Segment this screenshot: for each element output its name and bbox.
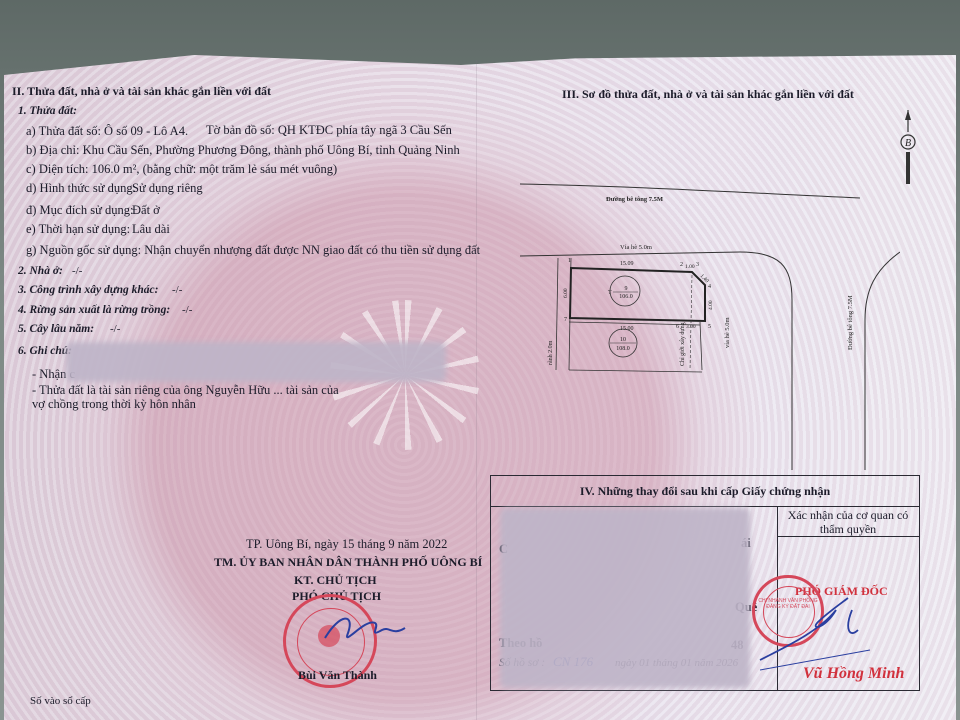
svg-text:3.00: 3.00 <box>686 324 696 330</box>
parcel-number: a) Thửa đất số: Ô số 09 - Lô A4. <box>26 124 188 139</box>
note-line-3: vợ chồng trong thời kỳ hôn nhân <box>32 397 196 412</box>
house-value: -/- <box>72 264 82 279</box>
note-line-2: - Thửa đất là tài sản riêng của ông Nguy… <box>32 383 339 398</box>
svg-text:108.0: 108.0 <box>616 346 630 352</box>
svg-text:2: 2 <box>680 262 683 268</box>
usage-origin: g) Nguồn gốc sử dụng: Nhận chuyển nhượng… <box>26 243 480 258</box>
svg-text:7: 7 <box>564 317 567 323</box>
svg-text:1: 1 <box>568 258 571 264</box>
city-signer-name: Bùi Văn Thành <box>298 668 377 683</box>
subsection-parcel: 1. Thửa đất: <box>18 104 77 119</box>
changes-table-title: IV. Những thay đổi sau khi cấp Giấy chứn… <box>491 476 919 507</box>
svg-text:4: 4 <box>708 284 711 290</box>
registry-number-label: Số vào sổ cấp <box>30 694 91 709</box>
svg-text:15.09: 15.09 <box>620 261 634 267</box>
other-construction-value: -/- <box>172 283 182 298</box>
svg-text:10: 10 <box>620 337 626 343</box>
notes-label: 6. Ghi chú: <box>18 344 72 359</box>
section-2-title: II. Thửa đất, nhà ở và tài sản khác gắn … <box>12 84 271 99</box>
parcel-address: b) Địa chỉ: Khu Cầu Sến, Phường Phương Đ… <box>26 143 460 158</box>
perennial-value: -/- <box>110 322 120 337</box>
confirm-header: Xác nhận của cơ quan có thẩm quyền <box>777 508 919 536</box>
issuing-org: TM. ỦY BAN NHÂN DÂN THÀNH PHỐ UÔNG BÍ <box>214 555 482 570</box>
svg-text:Vỉa hè 5.0m: Vỉa hè 5.0m <box>620 244 652 251</box>
office-signature <box>740 590 880 680</box>
usage-purpose-value: Đất ở <box>132 203 160 218</box>
svg-text:15.00: 15.00 <box>620 326 634 332</box>
north-arrow-icon: B <box>898 110 918 190</box>
usage-term-value: Lâu dài <box>132 222 170 237</box>
issuer-kt: KT. CHỦ TỊCH <box>294 573 377 588</box>
usage-form-label: d) Hình thức sử dụng: <box>26 181 136 196</box>
svg-text:4.00: 4.00 <box>708 300 714 310</box>
svg-text:rãnh 2.0m: rãnh 2.0m <box>548 340 554 365</box>
usage-purpose-label: đ) Mục đích sử dụng: <box>26 203 133 218</box>
svg-text:Đường bê tông 7.5M: Đường bê tông 7.5M <box>606 196 663 203</box>
redacted-note <box>66 342 446 382</box>
svg-text:vỉa hè 5.0m: vỉa hè 5.0m <box>724 317 731 348</box>
other-construction-label: 3. Công trình xây dựng khác: <box>18 283 158 298</box>
svg-text:9: 9 <box>625 286 628 292</box>
north-label: B <box>905 138 911 149</box>
map-sheet: Tờ bản đồ số: QH KTĐC phía tây ngã 3 Cầu… <box>206 123 452 138</box>
section-3-title: III. Sơ đồ thửa đất, nhà ở và tài sản kh… <box>562 87 854 102</box>
city-signature <box>320 608 410 648</box>
forest-label: 4. Rừng sản xuất là rừng trồng: <box>18 303 170 318</box>
svg-text:3: 3 <box>696 262 699 268</box>
usage-form-value: Sử dụng riêng <box>132 181 203 196</box>
svg-text:1.00: 1.00 <box>685 264 695 270</box>
svg-text:5: 5 <box>708 324 711 330</box>
house-label: 2. Nhà ở: <box>18 264 63 279</box>
issue-place-date: TP. Uông Bí, ngày 15 tháng 9 năm 2022 <box>246 537 447 552</box>
svg-text:106.0: 106.0 <box>619 294 633 300</box>
svg-text:Đường bê tông 7.5M: Đường bê tông 7.5M <box>847 295 854 350</box>
parcel-area: c) Diện tích: 106.0 m², (bằng chữ: một t… <box>26 162 337 177</box>
svg-text:1.40: 1.40 <box>699 273 710 284</box>
svg-text:6.00: 6.00 <box>563 288 569 298</box>
redacted-change-details <box>500 508 750 688</box>
perennial-label: 5. Cây lâu năm: <box>18 322 94 337</box>
forest-value: -/- <box>182 303 192 318</box>
svg-text:T: T <box>608 290 612 296</box>
usage-term-label: e) Thời hạn sử dụng: <box>26 222 130 237</box>
parcel-diagram: Đường bê tông 7.5M Vỉa hè 5.0m Đường bê … <box>480 170 900 470</box>
svg-text:6: 6 <box>676 324 679 330</box>
